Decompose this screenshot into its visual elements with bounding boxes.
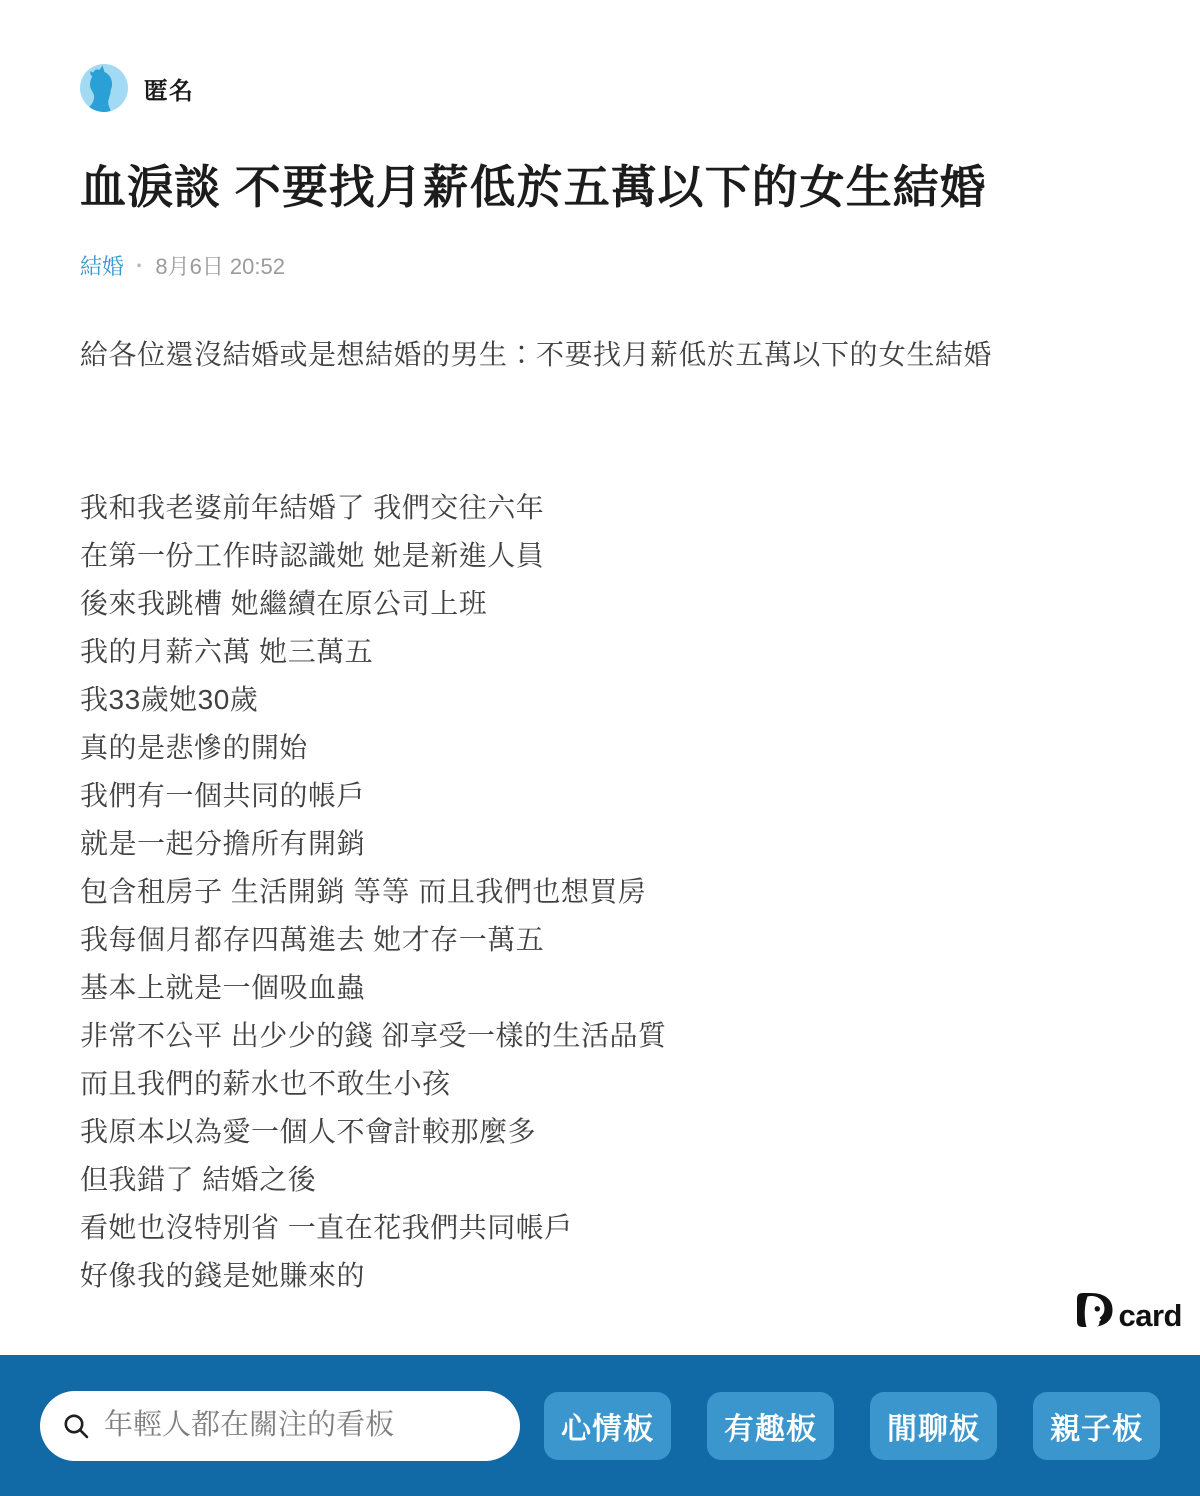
board-button-1[interactable]: 心情板 [544, 1392, 671, 1460]
post-content: 匿名 血淚談 不要找月薪低於五萬以下的女生結婚 結婚 · 8月6日 20:52 … [0, 0, 1200, 1300]
body-line: 我每個月都存四萬進去 她才存一萬五 [80, 916, 1120, 964]
board-button-3[interactable]: 閒聊板 [870, 1392, 997, 1460]
anonymous-person-icon [80, 64, 128, 112]
body-line: 但我錯了 結婚之後 [80, 1156, 1120, 1204]
body-line: 後來我跳槽 她繼續在原公司上班 [80, 580, 1120, 628]
post-header: 匿名 [80, 64, 1120, 112]
body-line: 在第一份工作時認識她 她是新進人員 [80, 532, 1120, 580]
body-line: 真的是悲慘的開始 [80, 724, 1120, 772]
body-line: 看她也沒特別省 一直在花我們共同帳戶 [80, 1204, 1120, 1252]
board-search[interactable] [40, 1391, 520, 1461]
body-line: 好像我的錢是她賺來的 [80, 1252, 1120, 1300]
body-line: 非常不公平 出少少的錢 卻享受一樣的生活品質 [80, 1012, 1120, 1060]
board-button-2[interactable]: 有趣板 [707, 1392, 834, 1460]
board-button-4[interactable]: 親子板 [1033, 1392, 1160, 1460]
body-line: 我的月薪六萬 她三萬五 [80, 628, 1120, 676]
body-line: 我們有一個共同的帳戶 [80, 772, 1120, 820]
dcard-logo-text: card [1119, 1303, 1182, 1329]
footer-board-buttons: 心情板有趣板閒聊板親子板 [544, 1392, 1160, 1460]
post-meta: 結婚 · 8月6日 20:52 [80, 250, 1120, 281]
footer-bar: 心情板有趣板閒聊板親子板 [0, 1355, 1200, 1496]
body-line: 基本上就是一個吸血蟲 [80, 964, 1120, 1012]
anonymous-avatar [80, 64, 128, 112]
meta-separator: · [136, 253, 143, 279]
body-line: 就是一起分擔所有開銷 [80, 820, 1120, 868]
body-line: 我原本以為愛一個人不會計較那麼多 [80, 1108, 1120, 1156]
search-input[interactable] [104, 1409, 498, 1442]
post-intro-line: 給各位還沒結婚或是想結婚的男生：不要找月薪低於五萬以下的女生結婚 [80, 331, 1120, 379]
author-name: 匿名 [144, 71, 194, 106]
board-link[interactable]: 結婚 [80, 250, 124, 281]
dcard-post-card: 匿名 血淚談 不要找月薪低於五萬以下的女生結婚 結婚 · 8月6日 20:52 … [0, 0, 1200, 1496]
dcard-logo-icon [1074, 1291, 1116, 1329]
search-icon [62, 1412, 90, 1440]
post-body: 我和我老婆前年結婚了 我們交往六年在第一份工作時認識她 她是新進人員後來我跳槽 … [80, 484, 1120, 1300]
post-title: 血淚談 不要找月薪低於五萬以下的女生結婚 [80, 161, 1120, 214]
body-line: 包含租房子 生活開銷 等等 而且我們也想買房 [80, 868, 1120, 916]
post-timestamp: 8月6日 20:52 [155, 250, 285, 281]
body-line: 我和我老婆前年結婚了 我們交往六年 [80, 484, 1120, 532]
body-line: 而且我們的薪水也不敢生小孩 [80, 1060, 1120, 1108]
dcard-logo: card [1074, 1291, 1182, 1329]
body-line: 我33歲她30歲 [80, 676, 1120, 724]
